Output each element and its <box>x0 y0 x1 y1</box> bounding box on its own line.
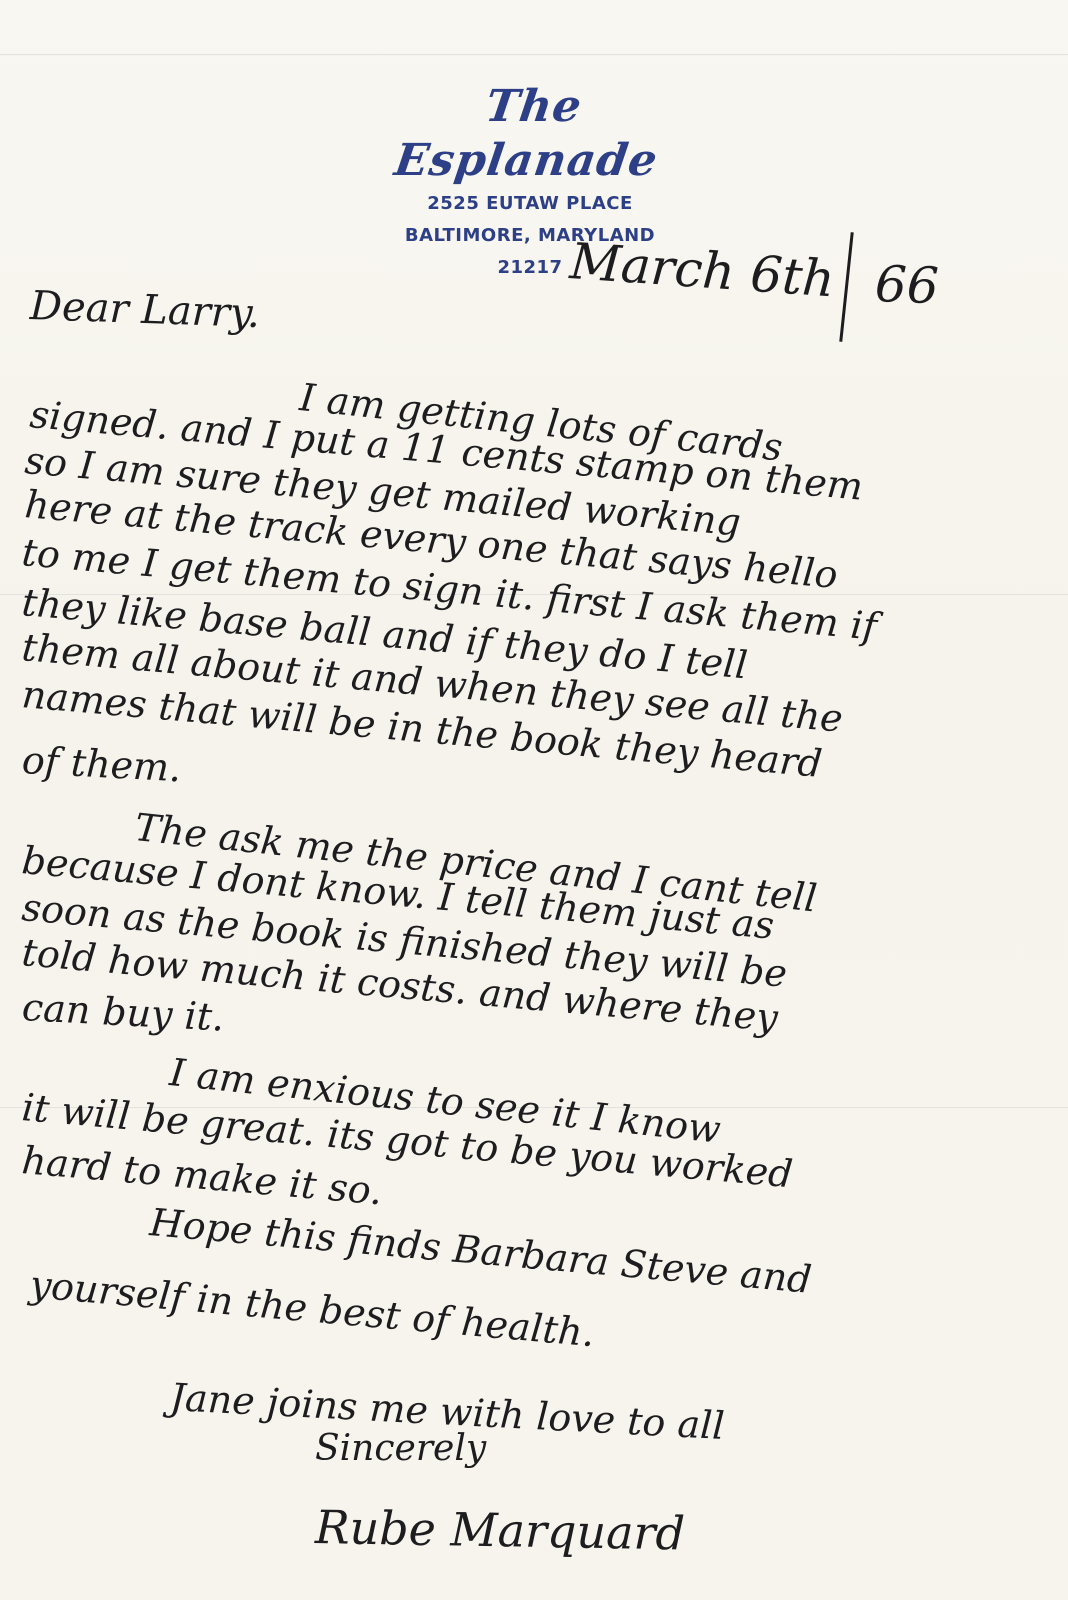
body-line: of them. <box>21 738 182 790</box>
closing: Sincerely <box>315 1428 486 1469</box>
letterhead-name: The Esplanade <box>362 80 697 188</box>
letterhead-address-line1: 2525 EUTAW PLACE <box>370 188 690 220</box>
salutation: Dear Larry. <box>29 283 261 337</box>
letter-year: 66 <box>874 255 940 315</box>
fold-line <box>0 54 1068 56</box>
signature: Rube Marquard <box>315 1500 686 1560</box>
